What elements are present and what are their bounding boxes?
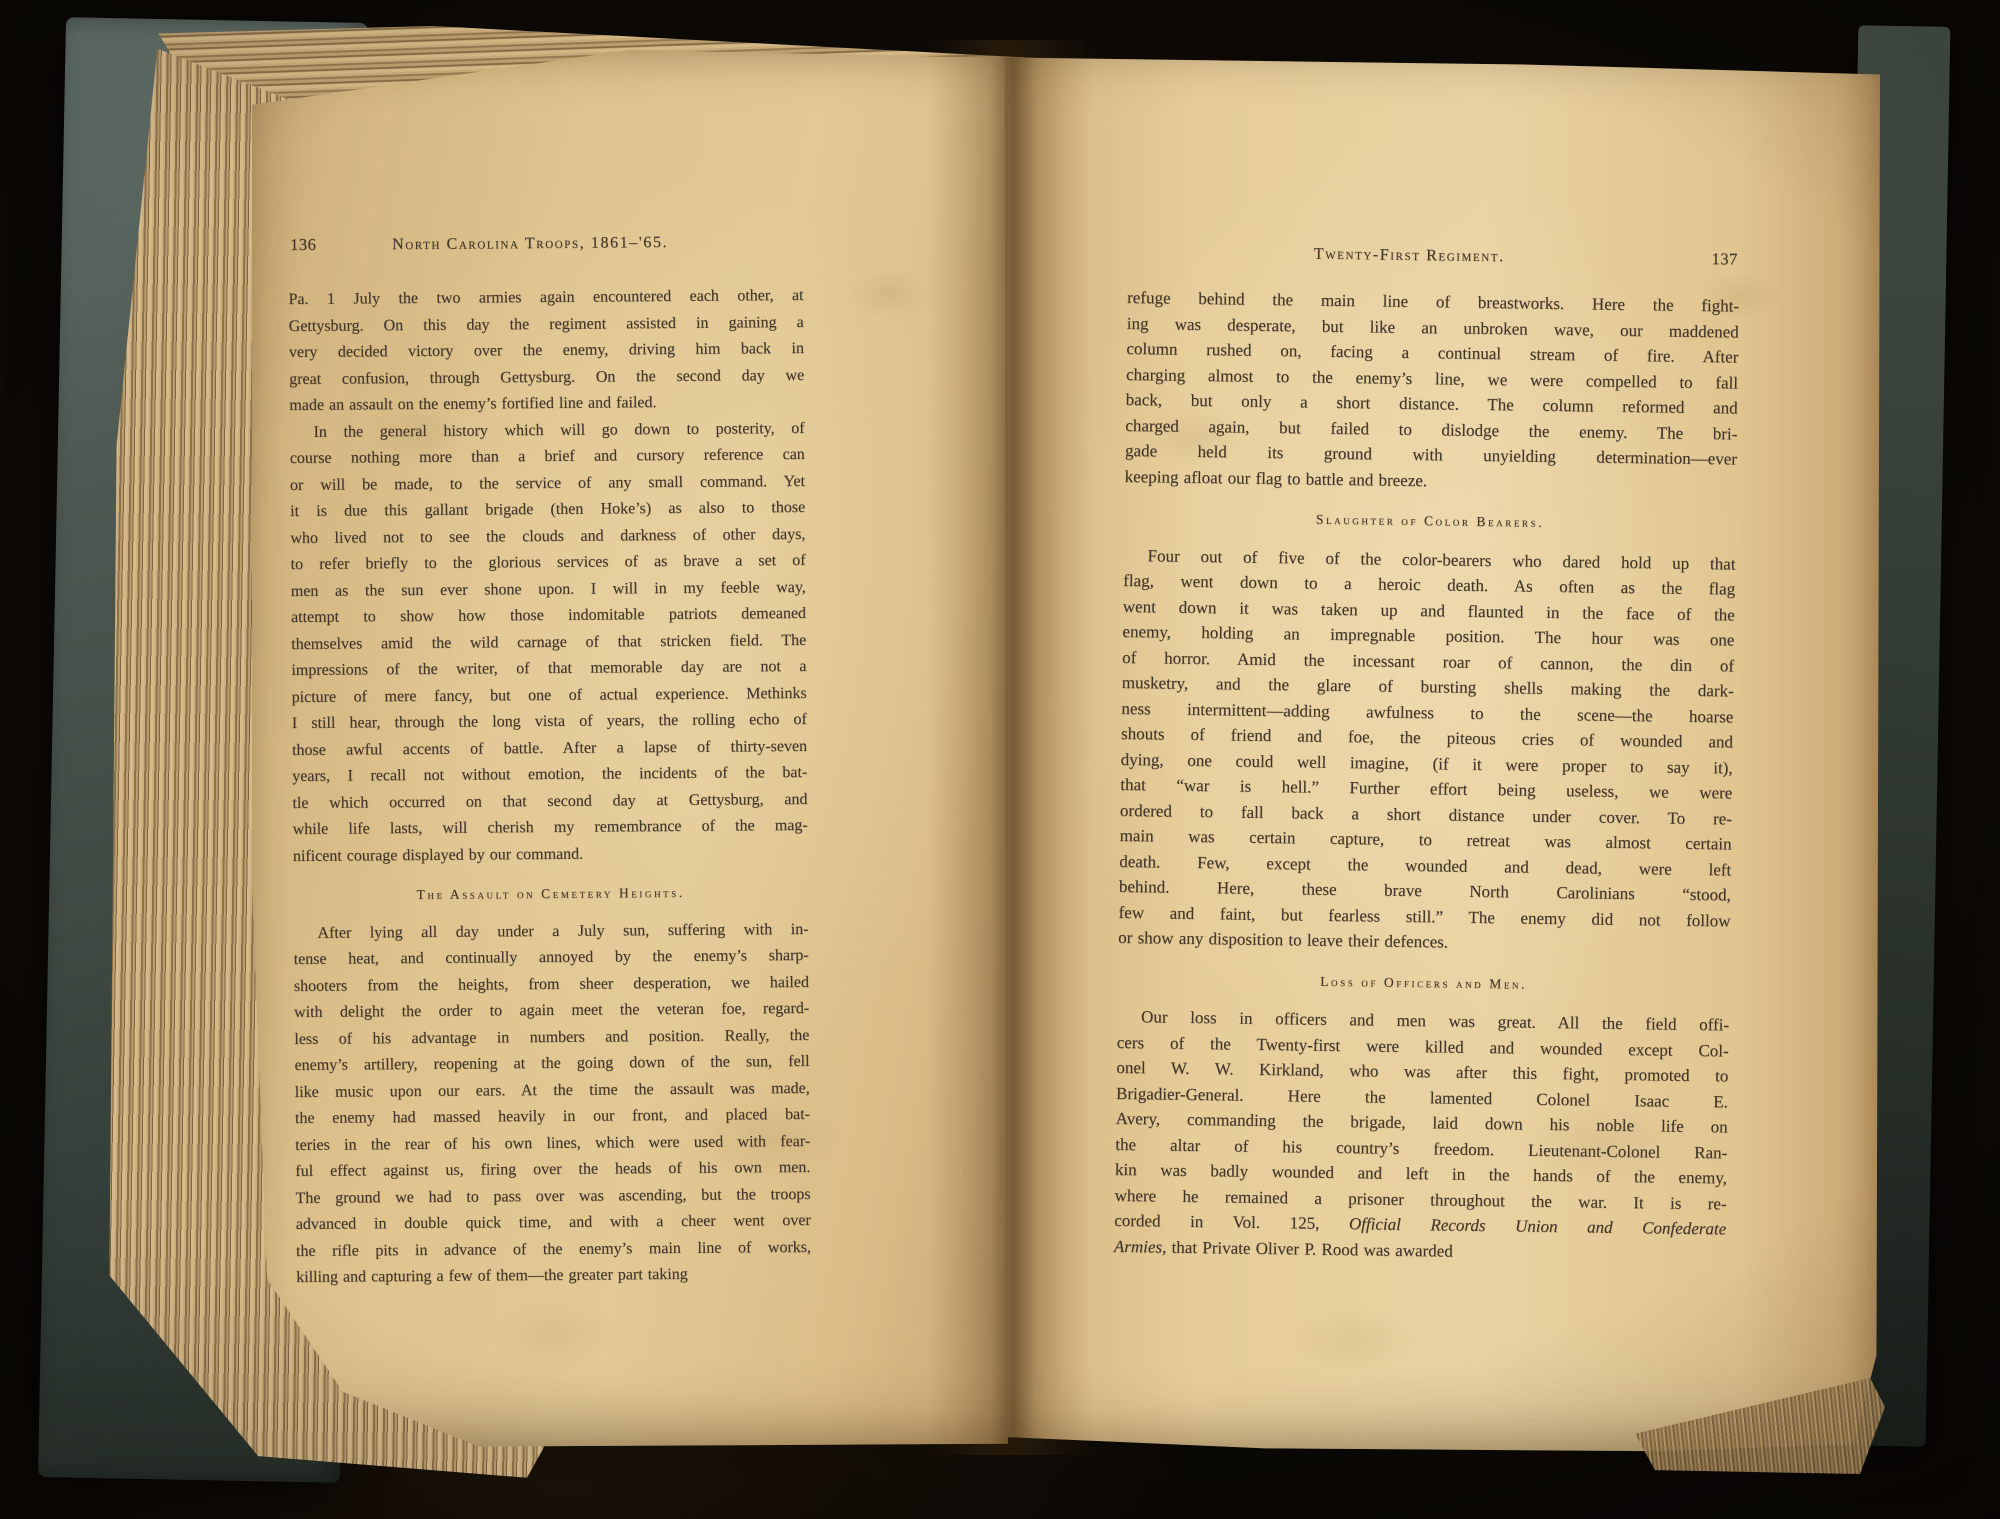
text-line: while life lasts, will cherish my rememb… bbox=[293, 813, 808, 844]
text-line: or will be made, to the service of any s… bbox=[290, 468, 805, 499]
text-line: like music upon our ears. At the time th… bbox=[295, 1075, 810, 1106]
text-line: less of his advantage in numbers and pos… bbox=[294, 1022, 809, 1053]
text-line: The ground we had to pass over was ascen… bbox=[295, 1181, 810, 1212]
right-running-header: Twenty-First Regiment. 137 bbox=[1128, 238, 1740, 271]
text-line: course nothing more than a brief and cur… bbox=[290, 442, 805, 473]
text-line: great confusion, through Gettysburg. On … bbox=[289, 362, 804, 393]
text-line: In the general history which will go dow… bbox=[289, 415, 804, 446]
text-line: I still hear, through the long vista of … bbox=[292, 707, 807, 738]
text-line: tense heat, and continually annoyed by t… bbox=[294, 943, 809, 974]
left-running-title: North Carolina Troops, 1861–'65. bbox=[392, 230, 668, 259]
paragraph: After lying all day under a July sun, su… bbox=[293, 916, 811, 1291]
text-line: the enemy had massed heavily in our fron… bbox=[295, 1102, 810, 1133]
text-line: those awful accents of battle. After a l… bbox=[292, 733, 807, 764]
left-page: 136 North Carolina Troops, 1861–'65. Pa.… bbox=[252, 40, 1008, 1448]
text-line: nificent courage displayed by our comman… bbox=[293, 839, 808, 870]
text-line: teries in the rear of his own lines, whi… bbox=[295, 1128, 810, 1159]
text-line: picture of mere fancy, but one of actual… bbox=[292, 680, 807, 711]
paragraph: refuge behind the main line of breastwor… bbox=[1124, 285, 1739, 498]
paragraph: Our loss in officers and men was great. … bbox=[1114, 1004, 1730, 1268]
paragraph: Pa. 1 July the two armies again encounte… bbox=[288, 283, 804, 420]
section-heading-slaughter: Slaughter of Color Bearers. bbox=[1124, 504, 1736, 538]
text-line: shooters from the heights, from sheer de… bbox=[294, 969, 809, 1000]
text-line: killing and capturing a few of them—the … bbox=[296, 1261, 811, 1292]
right-running-title: Twenty-First Regiment. bbox=[1314, 242, 1505, 270]
paragraph: In the general history which will go dow… bbox=[289, 415, 808, 870]
text-line: tle which occurred on that second day at… bbox=[292, 786, 807, 817]
text-line: who lived not to see the clouds and dark… bbox=[290, 521, 805, 552]
text-line: made an assault on the enemy’s fortified… bbox=[289, 389, 804, 420]
text-line: the rifle pits in advance of the enemy’s… bbox=[296, 1234, 811, 1265]
text-line: to refer briefly to the glorious service… bbox=[291, 548, 806, 579]
text-line: themselves amid the wild carnage of that… bbox=[291, 627, 806, 658]
text-line: ful effect against us, firing over the h… bbox=[295, 1155, 810, 1186]
text-line: years, I recall not without emotion, the… bbox=[292, 760, 807, 791]
left-running-header: 136 North Carolina Troops, 1861–'65. bbox=[288, 228, 803, 256]
text-line: impressions of the writer, of that memor… bbox=[291, 654, 806, 685]
section-heading-loss: Loss of Officers and Men. bbox=[1117, 965, 1729, 999]
text-line: very decided victory over the enemy, dri… bbox=[289, 336, 804, 367]
text-line: men as the sun ever shone upon. I will i… bbox=[291, 574, 806, 605]
text-line: enemy’s artillery, reopening at the goin… bbox=[294, 1049, 809, 1080]
text-line: attempt to show how those indomitable pa… bbox=[291, 601, 806, 632]
section-heading-assault: The Assault on Cemetery Heights. bbox=[293, 879, 808, 910]
left-page-text: 136 North Carolina Troops, 1861–'65. Pa.… bbox=[288, 228, 811, 1292]
left-page-number: 136 bbox=[290, 232, 316, 259]
paragraph: Four out of five of the color-bearers wh… bbox=[1118, 542, 1736, 959]
text-line: Pa. 1 July the two armies again encounte… bbox=[288, 283, 803, 314]
text-line: with delight the order to again meet the… bbox=[294, 996, 809, 1027]
text-line: After lying all day under a July sun, su… bbox=[293, 916, 808, 947]
right-page-text: Twenty-First Regiment. 137 refuge behind… bbox=[1114, 238, 1740, 1267]
text-line: it is due this gallant brigade (then Hok… bbox=[290, 495, 805, 526]
book-photo: 136 North Carolina Troops, 1861–'65. Pa.… bbox=[0, 0, 2000, 1519]
right-page-number: 137 bbox=[1711, 246, 1738, 272]
text-line: advanced in double quick time, and with … bbox=[296, 1208, 811, 1239]
text-line: Gettysburg. On this day the regiment ass… bbox=[289, 309, 804, 340]
right-page: Twenty-First Regiment. 137 refuge behind… bbox=[1002, 42, 1880, 1454]
